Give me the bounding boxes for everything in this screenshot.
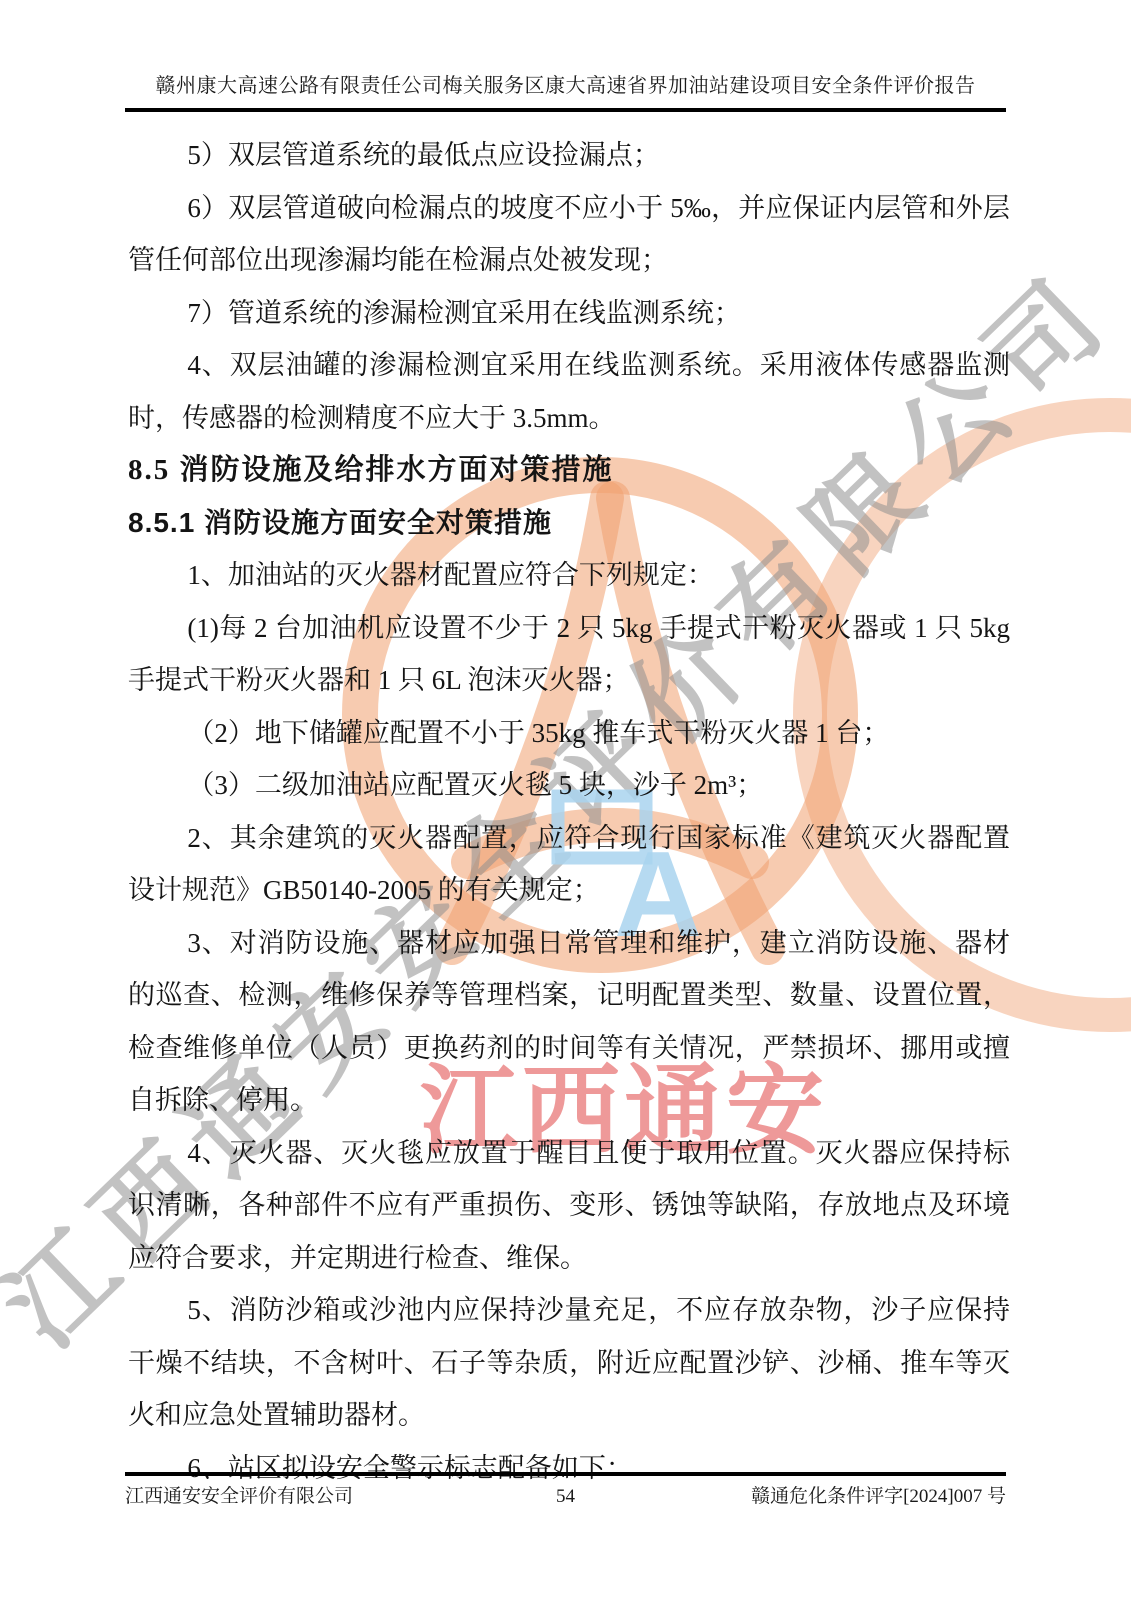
footer-document-number: 赣通危化条件评字[2024]007 号 (575, 1485, 1006, 1509)
paragraph: (1)每 2 台加油机应设置不少于 2 只 5kg 手提式干粉灭火器或 1 只 … (128, 602, 1010, 707)
header-rule (125, 108, 1006, 112)
paragraph: 5、消防沙箱或沙池内应保持沙量充足，不应存放杂物，沙子应保持干燥不结块，不含树叶… (128, 1284, 1010, 1442)
section-heading: 8.5 消防设施及给排水方面对策措施 (128, 444, 1010, 497)
paragraph: 5）双层管道系统的最低点应设捡漏点； (128, 129, 1010, 182)
paragraph: 7）管道系统的渗漏检测宜采用在线监测系统； (128, 287, 1010, 340)
report-title: 赣州康大高速公路有限责任公司梅关服务区康大高速省界加油站建设项目安全条件评价报告 (125, 70, 1006, 102)
paragraph: 4、双层油罐的渗漏检测宜采用在线监测系统。采用液体传感器监测时，传感器的检测精度… (128, 339, 1010, 444)
subsection-heading: 8.5.1 消防设施方面安全对策措施 (128, 497, 1010, 550)
document-page: 江西通安安全评价有限公司 A 江西通安 赣州康大高速公路有限责任公司梅关服务区康… (0, 0, 1131, 1600)
paragraph: 6）双层管道破向检漏点的坡度不应小于 5‰，并应保证内层管和外层管任何部位出现渗… (128, 182, 1010, 287)
paragraph: 2、其余建筑的灭火器配置，应符合现行国家标准《建筑灭火器配置设计规范》GB501… (128, 812, 1010, 917)
paragraph: （2）地下储罐应配置不小于 35kg 推车式干粉灭火器 1 台； (128, 707, 1010, 760)
paragraph: （3）二级加油站应配置灭火毯 5 块，沙子 2m³； (128, 759, 1010, 812)
document-body: 5）双层管道系统的最低点应设捡漏点； 6）双层管道破向检漏点的坡度不应小于 5‰… (128, 129, 1010, 1494)
page-header: 赣州康大高速公路有限责任公司梅关服务区康大高速省界加油站建设项目安全条件评价报告 (125, 70, 1006, 112)
paragraph: 1、加油站的灭火器材配置应符合下列规定： (128, 549, 1010, 602)
paragraph: 3、对消防设施、器材应加强日常管理和维护，建立消防设施、器材的巡查、检测，维修保… (128, 917, 1010, 1127)
footer-company: 江西通安安全评价有限公司 (125, 1485, 556, 1509)
page-footer: 江西通安安全评价有限公司 54 赣通危化条件评字[2024]007 号 (125, 1472, 1006, 1509)
paragraph: 4、灭火器、灭火毯应放置于醒目且便于取用位置。灭火器应保持标识清晰，各种部件不应… (128, 1127, 1010, 1285)
page-number: 54 (556, 1485, 575, 1509)
footer-rule (125, 1472, 1006, 1476)
